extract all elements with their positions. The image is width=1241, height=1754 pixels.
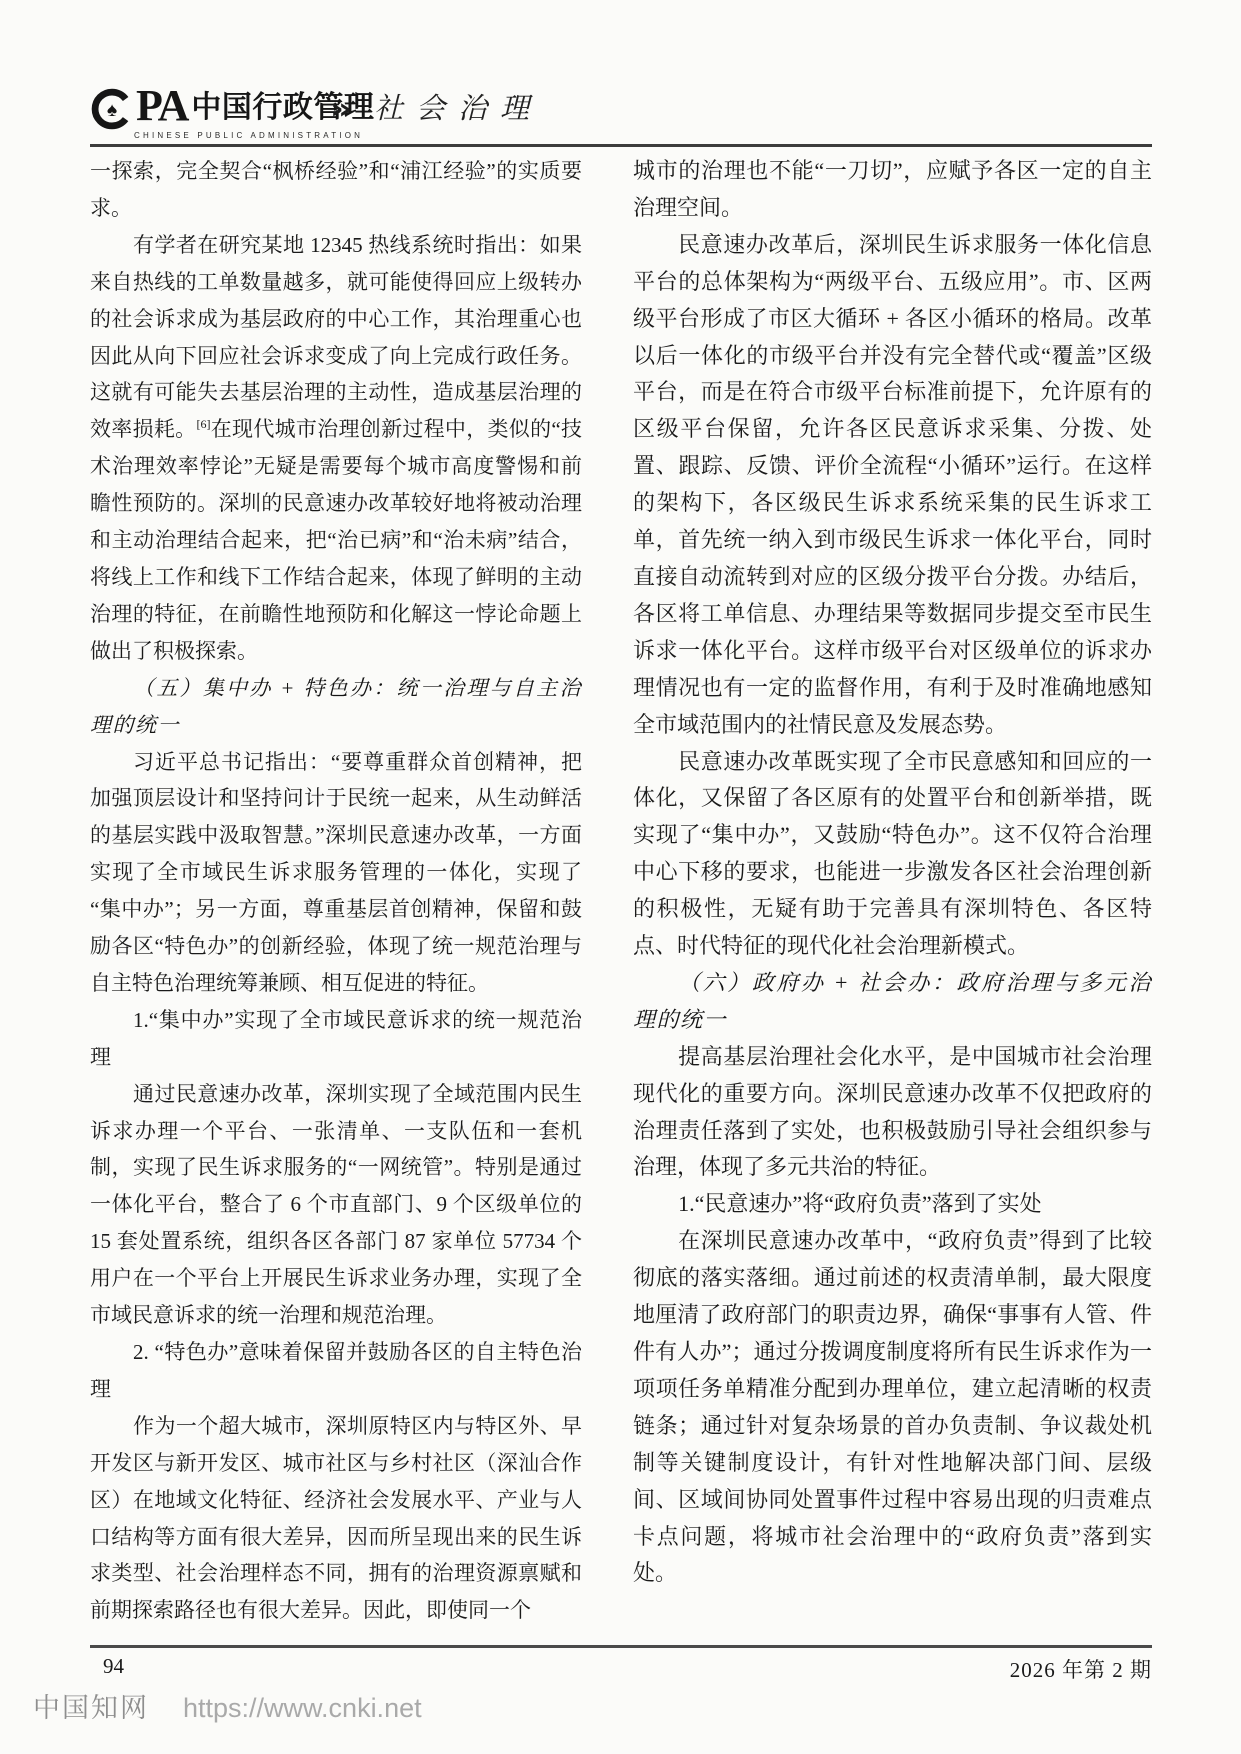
left-column: 一探索，完全契合“枫桥经验”和“浦江经验”的实质要求。有学者在研究某地 1234… <box>90 153 582 1629</box>
cpa-emblem-icon: ♠ <box>90 87 134 131</box>
issue-label: 2026 年第 2 期 <box>1010 1654 1152 1684</box>
cnki-watermark-url: https://www.cnki.net <box>183 1693 422 1724</box>
paragraph: 1.“民意速办”将“政府负责”落到了实处 <box>633 1186 1152 1223</box>
double-chevron-icon: » <box>330 95 352 124</box>
paragraph: 一探索，完全契合“枫桥经验”和“浦江经验”的实质要求。 <box>90 153 582 227</box>
paragraph: 2. “特色办”意味着保留并鼓励各区的自主特色治理 <box>90 1334 582 1408</box>
cnki-watermark-name: 中国知网 <box>33 1686 149 1725</box>
paragraph: 城市的治理也不能“一刀切”，应赋予各区一定的自主治理空间。 <box>633 153 1152 227</box>
section-title: 社会治理 <box>374 92 542 126</box>
paragraph: 在深圳民意速办改革中，“政府负责”得到了比较彻底的落实落细。通过前述的权责清单制… <box>633 1223 1152 1592</box>
paragraph: 习近平总书记指出：“要尊重群众首创精神，把加强顶层设计和坚持问计于民统一起来，从… <box>90 744 582 1002</box>
section-heading: （六）政府办 + 社会办：政府治理与多元治理的统一 <box>633 965 1152 1039</box>
paragraph: 有学者在研究某地 12345 热线系统时指出：如果来自热线的工单数量越多，就可能… <box>90 227 582 670</box>
paragraph: 民意速办改革既实现了全市民意感知和回应的一体化，又保留了各区原有的处置平台和创新… <box>633 744 1152 965</box>
logo-acronym: PA <box>136 84 187 128</box>
paragraph: 通过民意速办改革，深圳实现了全域范围内民生诉求办理一个平台、一张清单、一支队伍和… <box>90 1076 582 1334</box>
section-header: » 社会治理 <box>330 92 542 126</box>
paragraph: 作为一个超大城市，深圳原特区内与特区外、早开发区与新开发区、城市社区与乡村社区（… <box>90 1408 582 1629</box>
logo-subtitle-en: CHINESE PUBLIC ADMINISTRATION <box>134 131 414 140</box>
header-rule <box>90 144 1152 147</box>
paragraph: 提高基层治理社会化水平，是中国城市社会治理现代化的重要方向。深圳民意速办改革不仅… <box>633 1039 1152 1187</box>
page-number: 94 <box>103 1654 124 1679</box>
paragraph: 民意速办改革后，深圳民生诉求服务一体化信息平台的总体架构为“两级平台、五级应用”… <box>633 227 1152 744</box>
section-heading: （五）集中办 + 特色办：统一治理与自主治理的统一 <box>90 670 582 744</box>
cnki-watermark: 中国知网 https://www.cnki.net <box>33 1686 422 1725</box>
right-column: 城市的治理也不能“一刀切”，应赋予各区一定的自主治理空间。民意速办改革后，深圳民… <box>633 153 1152 1592</box>
footnote-reference: [6] <box>196 417 210 431</box>
page-header: ♠ PA 中国行政管理 CHINESE PUBLIC ADMINISTRATIO… <box>90 84 1152 142</box>
footer-rule <box>90 1645 1152 1648</box>
svg-text:♠: ♠ <box>107 100 117 121</box>
paragraph: 1.“集中办”实现了全市域民意诉求的统一规范治理 <box>90 1002 582 1076</box>
